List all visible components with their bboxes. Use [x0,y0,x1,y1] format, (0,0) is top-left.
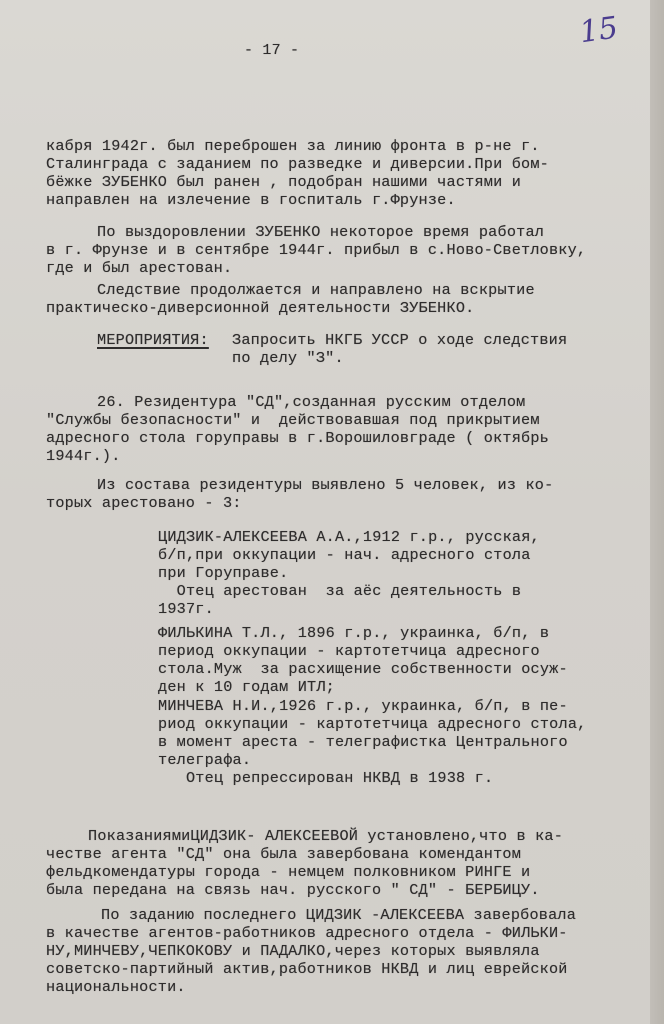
paragraph-line: в качестве агентов-работников адресного … [46,924,568,942]
paragraph-line: фельдкомендатуры города - немцем полковн… [46,863,530,881]
paragraph-line: национальности. [46,978,186,996]
paragraph-line: "Службы безопасности" и действовавшая по… [46,411,540,429]
paragraph-line: Из состава резидентуры выявлено 5 челове… [97,476,553,494]
person-entry-line: 1937г. [158,600,214,618]
measures-label: МЕРОПРИЯТИЯ: [97,331,209,349]
paragraph-line: НУ,МИНЧЕВУ,ЧЕПКОКОВУ и ПАДАЛКО,через кот… [46,942,540,960]
person-entry-line: ЦИДЗИК-АЛЕКСЕЕВА А.А.,1912 г.р., русская… [158,528,540,546]
paragraph-line: была передана на связь нач. русского " С… [46,881,540,899]
person-entry-line: б/п,при оккупации - нач. адресного стола [158,546,531,564]
paragraph-line: По заданию последнего ЦИДЗИК -АЛЕКСЕЕВА … [101,906,576,924]
measures-line: Запросить НКГБ УССР о ходе следствия [232,331,567,349]
measures-line: по делу "З". [232,349,344,367]
person-entry-line: риод оккупации - картотетчица адресного … [158,715,586,733]
typewritten-page: - 17 - 15 кабря 1942г. был переброшен за… [0,0,650,1024]
page-number: - 17 - [244,42,299,60]
paragraph-line: 26. Резидентура "СД",созданная русским о… [97,393,525,411]
paragraph-line: где и был арестован. [46,259,232,277]
person-entry-line: Отец арестован за аёс деятельность в [158,582,521,600]
person-entry-line: период оккупации - картотетчица адресног… [158,642,540,660]
person-entry-line: ден к 10 годам ИТЛ; [158,678,335,696]
handwritten-folio-number: 15 [577,9,632,56]
paragraph-line: честве агента "СД" она была завербована … [46,845,521,863]
paragraph-line: Следствие продолжается и направлено на в… [97,281,535,299]
person-entry-line: МИНЧЕВА Н.И.,1926 г.р., украинка, б/п, в… [158,697,568,715]
person-entry-line: при Горуправе. [158,564,288,582]
paragraph-line: бёжке ЗУБЕНКО был ранен , подобран нашим… [46,173,521,191]
person-entry-line: телеграфа. [158,751,251,769]
paragraph-line: кабря 1942г. был переброшен за линию фро… [46,137,540,155]
paragraph-line: адресного стола горуправы в г.Ворошиловг… [46,429,549,447]
page-edge [650,0,664,1024]
paragraph-line: торых арестовано - 3: [46,494,242,512]
paragraph-line: 1944г.). [46,447,121,465]
person-entry-line: стола.Муж за расхищение собственности ос… [158,660,568,678]
person-entry-line: Отец репрессирован НКВД в 1938 г. [158,769,493,787]
paragraph-line: По выздоровлении ЗУБЕНКО некоторое время… [97,223,544,241]
paragraph-line: советско-партийный актив,работников НКВД… [46,960,568,978]
paragraph-line: практическо-диверсионной деятельности ЗУ… [46,299,474,317]
paragraph-line: в г. Фрунзе и в сентябре 1944г. прибыл в… [46,241,586,259]
paragraph-line: ПоказаниямиЦИДЗИК- АЛЕКСЕЕВОЙ установлен… [88,827,563,845]
person-entry-line: ФИЛЬКИНА Т.Л., 1896 г.р., украинка, б/п,… [158,624,549,642]
paragraph-line: Сталинграда с заданием по разведке и див… [46,155,549,173]
paragraph-line: направлен на излечение в госпиталь г.Фру… [46,191,456,209]
person-entry-line: в момент ареста - телеграфистка Централь… [158,733,568,751]
